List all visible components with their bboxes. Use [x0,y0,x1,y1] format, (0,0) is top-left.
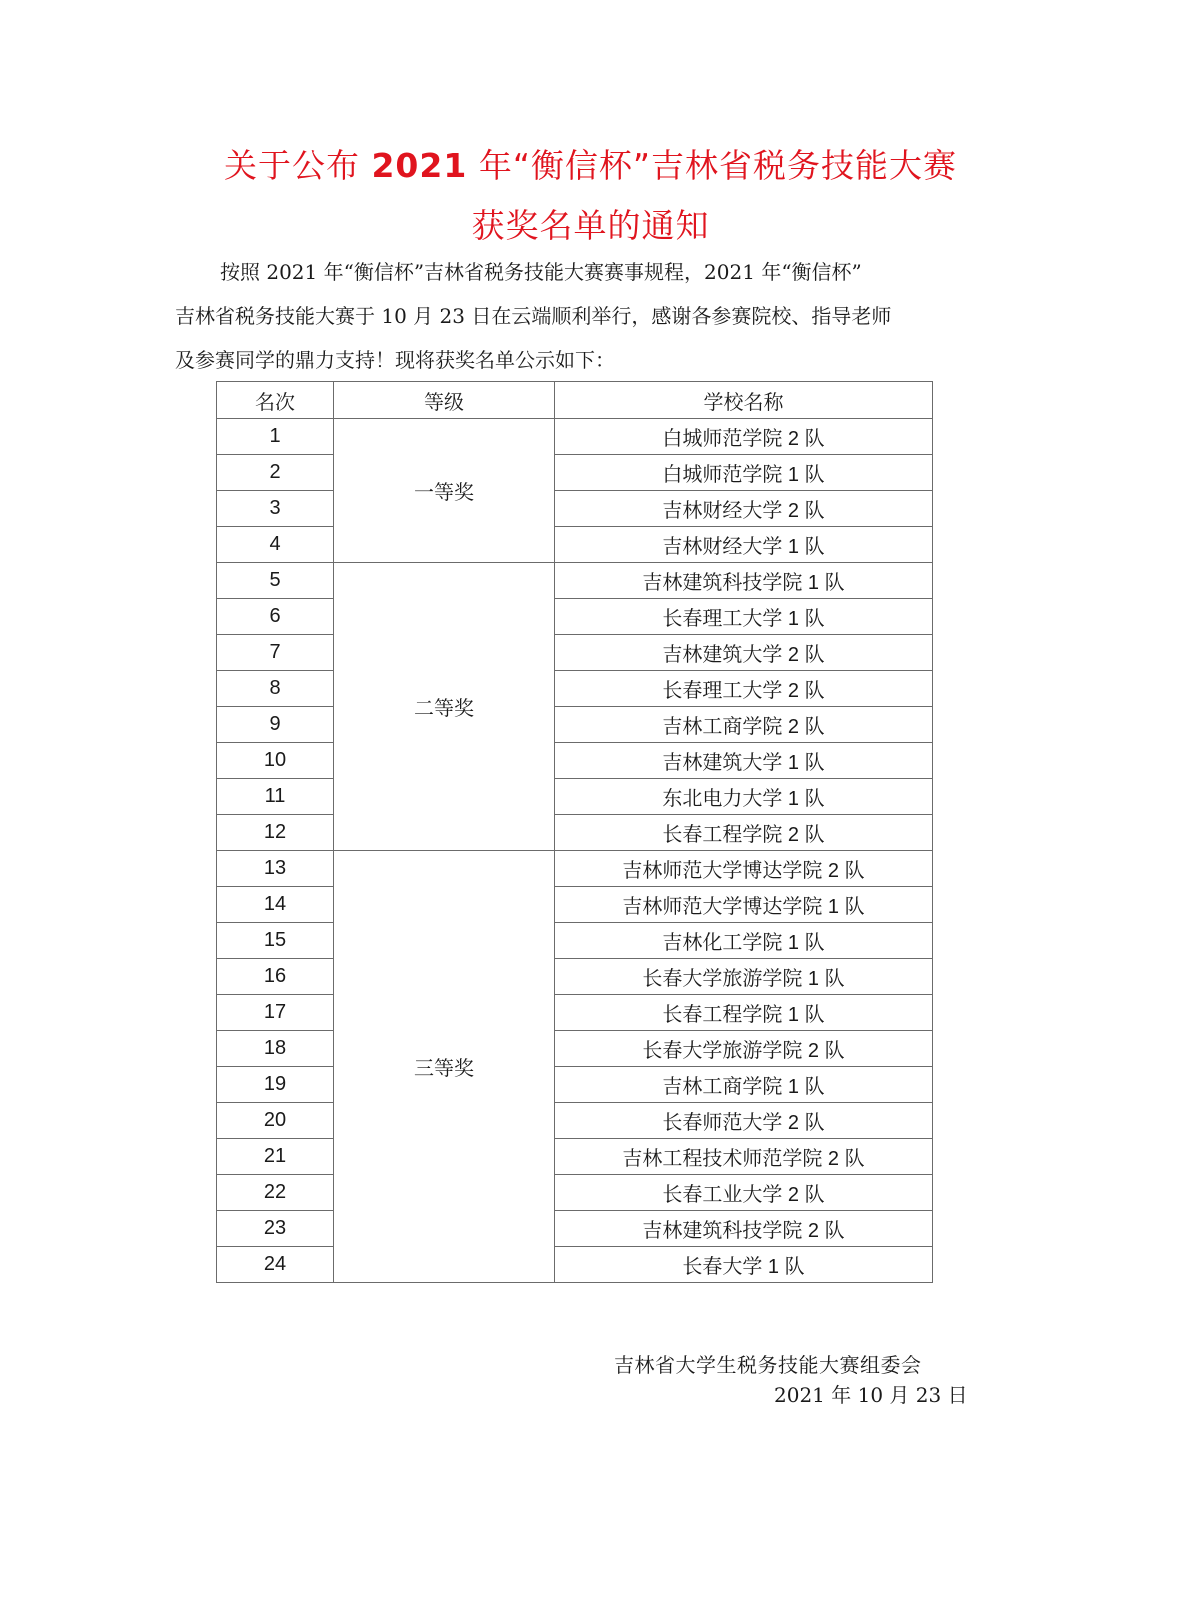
rank-cell: 18 [217,1031,334,1067]
awards-table: 名次 等级 学校名称 1一等奖白城师范学院 2 队2白城师范学院 1 队3吉林财… [216,381,933,1283]
document-title-line-2: 获奖名单的通知 [0,200,1181,247]
rank-cell: 7 [217,635,334,671]
school-cell: 吉林建筑大学 2 队 [555,635,933,671]
rank-cell: 21 [217,1139,334,1175]
table-row: 9吉林工商学院 2 队 [217,707,933,743]
school-cell: 吉林工程技术师范学院 2 队 [555,1139,933,1175]
paragraph-line: 吉林省税务技能大赛于 10 月 23 日在云端顺利举行，感谢各参赛院校、指导老师 [175,294,995,338]
table-row: 16长春大学旅游学院 1 队 [217,959,933,995]
table-row: 15吉林化工学院 1 队 [217,923,933,959]
rank-cell: 9 [217,707,334,743]
header-rank: 名次 [217,382,334,419]
school-cell: 吉林建筑大学 1 队 [555,743,933,779]
rank-cell: 22 [217,1175,334,1211]
school-cell: 白城师范学院 1 队 [555,455,933,491]
school-cell: 吉林建筑科技学院 2 队 [555,1211,933,1247]
rank-cell: 20 [217,1103,334,1139]
table-row: 17长春工程学院 1 队 [217,995,933,1031]
table-body: 1一等奖白城师范学院 2 队2白城师范学院 1 队3吉林财经大学 2 队4吉林财… [217,419,933,1283]
table-row: 4吉林财经大学 1 队 [217,527,933,563]
table-row: 1一等奖白城师范学院 2 队 [217,419,933,455]
table-row: 11东北电力大学 1 队 [217,779,933,815]
title-year: 2021 [371,146,467,185]
table-row: 6长春理工大学 1 队 [217,599,933,635]
rank-cell: 8 [217,671,334,707]
rank-cell: 10 [217,743,334,779]
header-school: 学校名称 [555,382,933,419]
table-row: 22长春工业大学 2 队 [217,1175,933,1211]
rank-cell: 16 [217,959,334,995]
award-level-cell: 三等奖 [334,851,555,1283]
school-cell: 吉林工商学院 1 队 [555,1067,933,1103]
table-row: 12长春工程学院 2 队 [217,815,933,851]
rank-cell: 14 [217,887,334,923]
title-suffix: 年“衡信杯”吉林省税务技能大赛 [479,146,957,185]
table-row: 20长春师范大学 2 队 [217,1103,933,1139]
rank-cell: 12 [217,815,334,851]
rank-cell: 13 [217,851,334,887]
award-level-cell: 一等奖 [334,419,555,563]
school-cell: 长春大学旅游学院 2 队 [555,1031,933,1067]
school-cell: 长春师范大学 2 队 [555,1103,933,1139]
table-row: 19吉林工商学院 1 队 [217,1067,933,1103]
rank-cell: 11 [217,779,334,815]
rank-cell: 23 [217,1211,334,1247]
table-row: 8长春理工大学 2 队 [217,671,933,707]
table-row: 2白城师范学院 1 队 [217,455,933,491]
rank-cell: 15 [217,923,334,959]
table-row: 7吉林建筑大学 2 队 [217,635,933,671]
school-cell: 吉林工商学院 2 队 [555,707,933,743]
title-prefix: 关于公布 [224,146,360,185]
paragraph-line: 及参赛同学的鼎力支持！现将获奖名单公示如下： [175,338,995,382]
rank-cell: 2 [217,455,334,491]
table-row: 24长春大学 1 队 [217,1247,933,1283]
school-cell: 长春工程学院 1 队 [555,995,933,1031]
school-cell: 吉林建筑科技学院 1 队 [555,563,933,599]
signature-date: 2021 年 10 月 23 日 [774,1379,968,1408]
rank-cell: 1 [217,419,334,455]
rank-cell: 5 [217,563,334,599]
header-level: 等级 [334,382,555,419]
school-cell: 长春工程学院 2 队 [555,815,933,851]
table-row: 23吉林建筑科技学院 2 队 [217,1211,933,1247]
school-cell: 吉林师范大学博达学院 1 队 [555,887,933,923]
school-cell: 吉林财经大学 1 队 [555,527,933,563]
school-cell: 长春工业大学 2 队 [555,1175,933,1211]
school-cell: 东北电力大学 1 队 [555,779,933,815]
school-cell: 吉林化工学院 1 队 [555,923,933,959]
school-cell: 长春理工大学 2 队 [555,671,933,707]
table-row: 5二等奖吉林建筑科技学院 1 队 [217,563,933,599]
intro-paragraph: 按照 2021 年“衡信杯”吉林省税务技能大赛赛事规程，2021 年“衡信杯” … [175,250,995,382]
table-row: 13三等奖吉林师范大学博达学院 2 队 [217,851,933,887]
rank-cell: 19 [217,1067,334,1103]
school-cell: 长春大学 1 队 [555,1247,933,1283]
table-row: 3吉林财经大学 2 队 [217,491,933,527]
school-cell: 长春大学旅游学院 1 队 [555,959,933,995]
table-row: 21吉林工程技术师范学院 2 队 [217,1139,933,1175]
school-cell: 白城师范学院 2 队 [555,419,933,455]
school-cell: 吉林财经大学 2 队 [555,491,933,527]
table-row: 10吉林建筑大学 1 队 [217,743,933,779]
table-row: 14吉林师范大学博达学院 1 队 [217,887,933,923]
paragraph-line: 按照 2021 年“衡信杯”吉林省税务技能大赛赛事规程，2021 年“衡信杯” [175,250,995,294]
rank-cell: 4 [217,527,334,563]
table-header-row: 名次 等级 学校名称 [217,382,933,419]
rank-cell: 17 [217,995,334,1031]
document-title-line-1: 关于公布 2021 年“衡信杯”吉林省税务技能大赛 [0,140,1181,187]
signature-organization: 吉林省大学生税务技能大赛组委会 [614,1349,922,1378]
award-level-cell: 二等奖 [334,563,555,851]
school-cell: 吉林师范大学博达学院 2 队 [555,851,933,887]
school-cell: 长春理工大学 1 队 [555,599,933,635]
rank-cell: 3 [217,491,334,527]
rank-cell: 6 [217,599,334,635]
rank-cell: 24 [217,1247,334,1283]
table-row: 18长春大学旅游学院 2 队 [217,1031,933,1067]
